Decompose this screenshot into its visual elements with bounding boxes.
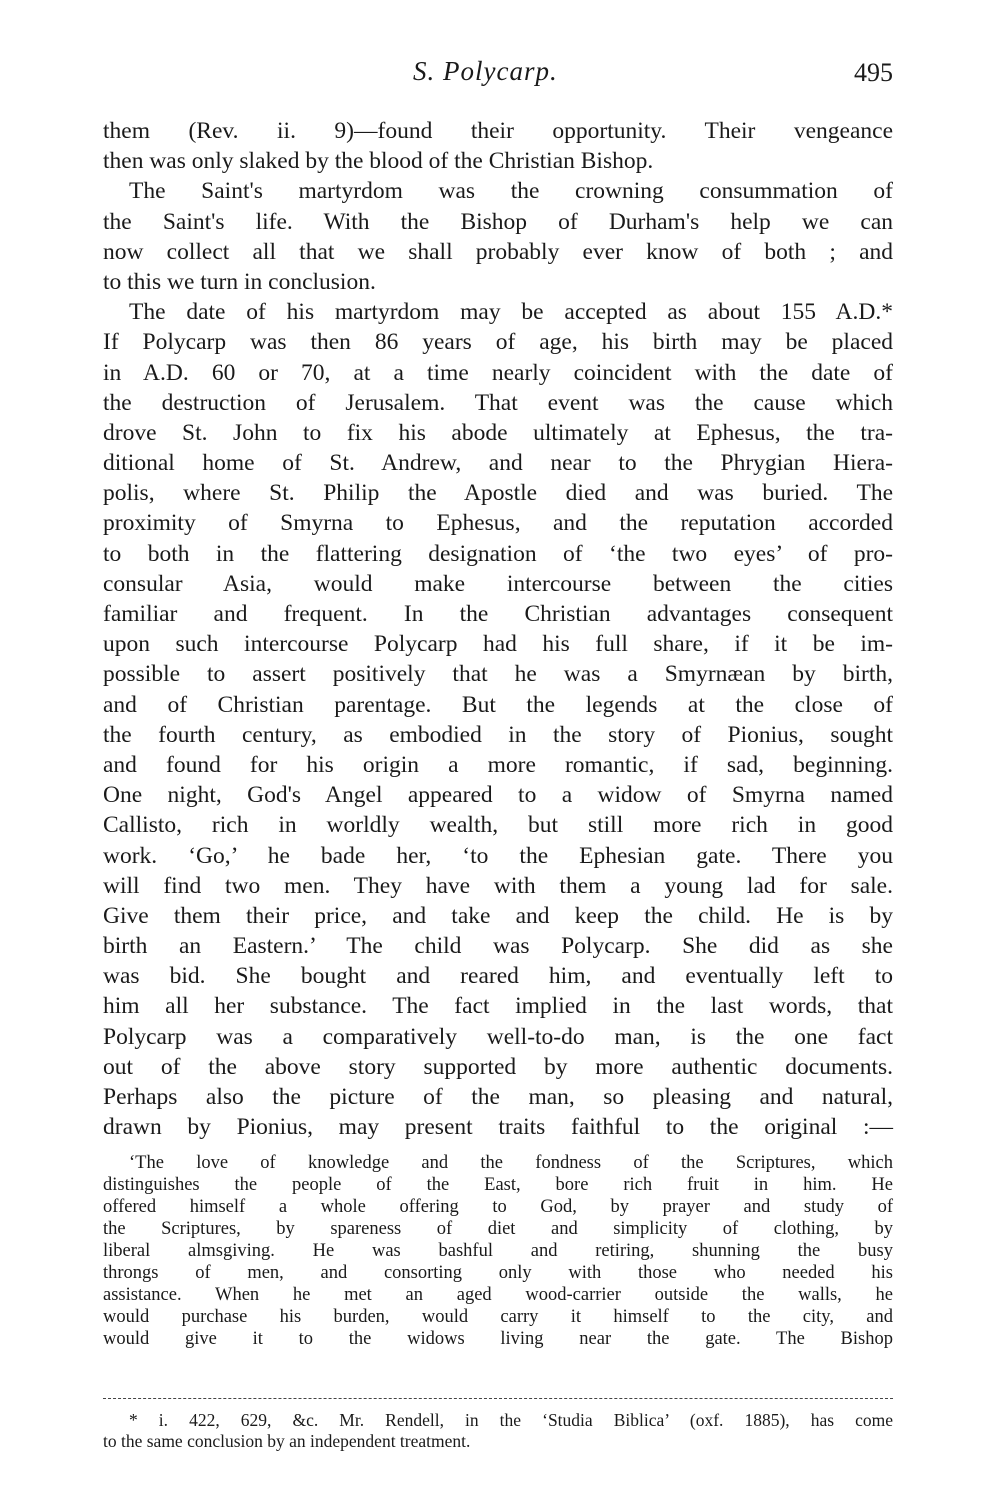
text-line: drawn by Pionius, may present traits fai…	[103, 1112, 893, 1142]
text-line: consular Asia, would make intercourse be…	[103, 569, 893, 599]
running-title: S. Polycarp.	[413, 56, 558, 87]
text-line: the Saint's life. With the Bishop of Dur…	[103, 207, 893, 237]
text-line: work. ‘Go,’ he bade her, ‘to the Ephesia…	[103, 841, 893, 871]
quote-line: would give it to the widows living near …	[103, 1328, 893, 1350]
text-line: The Saint's martyrdom was the crowning c…	[103, 176, 893, 206]
text-line: possible to assert positively that he wa…	[103, 659, 893, 689]
text-line: proximity of Smyrna to Ephesus, and the …	[103, 508, 893, 538]
text-line: polis, where St. Philip the Apostle died…	[103, 478, 893, 508]
text-line: familiar and frequent. In the Christian …	[103, 599, 893, 629]
text-line: The date of his martyrdom may be accepte…	[103, 297, 893, 327]
page-header: S. Polycarp. 495	[103, 56, 893, 96]
text-line: the fourth century, as embodied in the s…	[103, 720, 893, 750]
text-line: then was only slaked by the blood of the…	[103, 146, 893, 176]
footnote-line: to the same conclusion by an independent…	[103, 1431, 893, 1452]
block-quote: ‘The love of knowledge and the fondness …	[103, 1152, 893, 1350]
quote-line: offered himself a whole offering to God,…	[103, 1196, 893, 1218]
text-line: birth an Eastern.’ The child was Polycar…	[103, 931, 893, 961]
text-line: in A.D. 60 or 70, at a time nearly coinc…	[103, 358, 893, 388]
text-line: ditional home of St. Andrew, and near to…	[103, 448, 893, 478]
footnote-line: * i. 422, 629, &c. Mr. Rendell, in the ‘…	[103, 1410, 893, 1431]
text-line: One night, God's Angel appeared to a wid…	[103, 780, 893, 810]
footnote-divider	[103, 1398, 893, 1399]
quote-line: the Scriptures, by spareness of diet and…	[103, 1218, 893, 1240]
text-line: the destruction of Jerusalem. That event…	[103, 388, 893, 418]
quote-line: assistance. When he met an aged wood-car…	[103, 1284, 893, 1306]
text-line: him all her substance. The fact implied …	[103, 991, 893, 1021]
text-line: and found for his origin a more romantic…	[103, 750, 893, 780]
quote-line: ‘The love of knowledge and the fondness …	[103, 1152, 893, 1174]
text-line: out of the above story supported by more…	[103, 1052, 893, 1082]
text-line: will find two men. They have with them a…	[103, 871, 893, 901]
text-line: drove St. John to fix his abode ultimate…	[103, 418, 893, 448]
quote-line: would purchase his burden, would carry i…	[103, 1306, 893, 1328]
quote-line: throngs of men, and consorting only with…	[103, 1262, 893, 1284]
text-line: If Polycarp was then 86 years of age, hi…	[103, 327, 893, 357]
text-line: Callisto, rich in worldly wealth, but st…	[103, 810, 893, 840]
quote-line: liberal almsgiving. He was bashful and r…	[103, 1240, 893, 1262]
text-line: was bid. She bought and reared him, and …	[103, 961, 893, 991]
text-line: to both in the flattering designation of…	[103, 539, 893, 569]
main-text: them (Rev. ii. 9)—found their opportunit…	[103, 116, 893, 1142]
text-line: to this we turn in conclusion.	[103, 267, 893, 297]
page-number: 495	[854, 58, 893, 88]
text-line: Give them their price, and take and keep…	[103, 901, 893, 931]
footnote: * i. 422, 629, &c. Mr. Rendell, in the ‘…	[103, 1410, 893, 1452]
text-line: Perhaps also the picture of the man, so …	[103, 1082, 893, 1112]
text-line: upon such intercourse Polycarp had his f…	[103, 629, 893, 659]
text-line: and of Christian parentage. But the lege…	[103, 690, 893, 720]
text-line: them (Rev. ii. 9)—found their opportunit…	[103, 116, 893, 146]
quote-line: distinguishes the people of the East, bo…	[103, 1174, 893, 1196]
text-line: now collect all that we shall probably e…	[103, 237, 893, 267]
text-line: Polycarp was a comparatively well-to-do …	[103, 1022, 893, 1052]
